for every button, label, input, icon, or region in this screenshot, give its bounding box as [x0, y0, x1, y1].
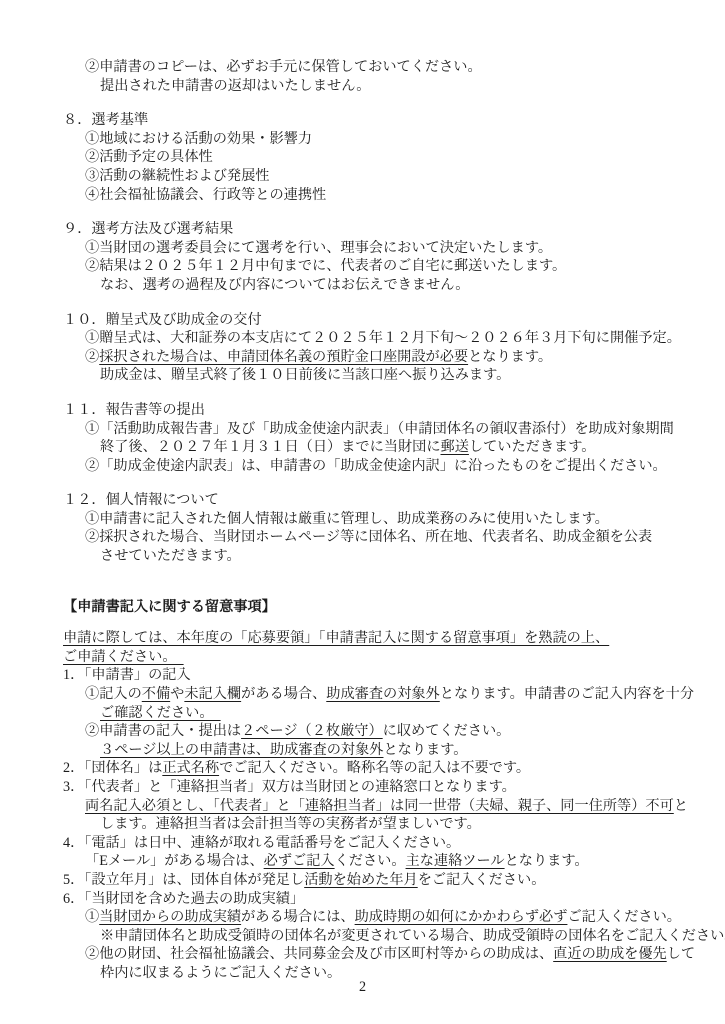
text-segment: 【申請書記入に関する留意事項】 [63, 599, 276, 615]
text-segment: ご記入ください。 [567, 909, 681, 925]
text-segment: ①当財団の選考委員会にて選考を行い、理事会において決定いたします。 [85, 240, 552, 256]
text-segment: となります。 [383, 742, 467, 758]
doc-line: ご確認ください。 [63, 704, 695, 723]
text-segment: ①記入の [85, 686, 142, 702]
text-segment: と [674, 798, 688, 814]
text-segment: ③活動の継続性および発展性 [85, 168, 269, 184]
text-segment: ①贈呈式は、大和証券の本支店にて２０２５年１２月下旬～２０２６年３月下旬に開催予… [85, 330, 681, 346]
doc-line: 1．「申請書」の記入 [63, 666, 695, 685]
underlined-text: 当財団からの助成実績 [99, 909, 241, 925]
doc-line: 申請に際しては、本年度の「応募要領」「申請書記入に関する留意事項」を熟読の上、 [63, 629, 695, 648]
doc-line: ②採択された場合、当財団ホームページ等に団体名、所在地、代表者名、助成金額を公表 [63, 528, 695, 547]
text-segment: なお、選考の過程及び内容についてはお伝えできません。 [100, 277, 469, 293]
text-segment: ②採択された場合、当財団ホームページ等に団体名、所在地、代表者名、助成金額を公表 [85, 529, 652, 545]
underlined-text: 採択された場合は、申請団体名義の預貯金口座開設が必要 [99, 349, 468, 365]
doc-line: ８．選考基準 [63, 111, 695, 130]
text-segment: します。連絡担当者は会計担当等の実務者が望ましいです。 [100, 816, 481, 832]
text-segment: ②「助成金使途内訳表」は、申請書の「助成金使途内訳」に沿ったものをご提出ください… [85, 458, 667, 474]
text-segment: となります。申請書のご記入内容を十分 [440, 686, 694, 702]
text-segment: ８．選考基準 [63, 112, 148, 128]
text-segment: 5．「設立年月」は、団体自体が発足し [63, 872, 304, 888]
document-page: ②申請書のコピーは、必ずお手元に保管しておいてください。提出された申請書の返却は… [0, 0, 725, 1024]
text-segment: ※申請団体名と助成受領時の団体名が変更されている場合、助成受領時の団体名をご記入… [100, 928, 725, 944]
doc-line: なお、選考の過程及び内容についてはお伝えできません。 [63, 276, 695, 295]
doc-line: ３ページ以上の申請書は、助成審査の対象外となります。 [63, 741, 695, 760]
doc-line: 6．「当財団を含めた過去の助成実績」 [63, 890, 695, 909]
doc-line: ①地域における活動の効果・影響力 [63, 130, 695, 149]
text-segment: 提出された申請書の返却はいたしません。 [100, 78, 370, 94]
text-segment: ① [85, 909, 99, 925]
doc-line: ①贈呈式は、大和証券の本支店にて２０２５年１２月下旬～２０２６年３月下旬に開催予… [63, 329, 695, 348]
text-segment: がある場合、 [241, 686, 326, 702]
document-body: ②申請書のコピーは、必ずお手元に保管しておいてください。提出された申請書の返却は… [63, 58, 695, 983]
text-segment: ください。 [335, 853, 406, 869]
doc-line: １２．個人情報について [63, 491, 695, 510]
doc-line: ①「活動助成報告書」及び「助成金使途内訳表」（申請団体名の領収書添付）を助成対象… [63, 420, 695, 439]
underlined-text: 助成時期の如何にかかわらず必ず [355, 909, 568, 925]
doc-line: ②申請書の記入・提出は２ページ（２枚厳守）に収めてください。 [63, 722, 695, 741]
doc-line: ②結果は２０２５年１２月中旬までに、代表者のご自宅に郵送いたします。 [63, 257, 695, 276]
doc-line: ②活動予定の具体性 [63, 148, 695, 167]
underlined-text: 未記入欄 [184, 686, 241, 702]
underlined-text: 主な連絡ツール [406, 853, 505, 869]
text-segment: 助成金は、贈呈式終了後１０日前後に当該口座へ振り込みます。 [100, 367, 510, 383]
text-segment: となります。 [468, 349, 552, 365]
text-segment: １０．贈呈式及び助成金の交付 [63, 312, 262, 328]
text-segment: ②申請書のコピーは、必ずお手元に保管しておいてください。 [85, 59, 482, 75]
underlined-text: 活動を始めた年月 [304, 872, 418, 888]
doc-line: ②他の財団、社会福祉協議会、共同募金会及び市区町村等からの助成は、直近の助成を優… [63, 945, 695, 964]
doc-line: ③活動の継続性および発展性 [63, 167, 695, 186]
text-segment: ①申請書に記入された個人情報は厳重に管理し、助成業務のみに使用いたします。 [85, 511, 609, 527]
underlined-text: 必ずご記入 [264, 853, 335, 869]
doc-line: 3．「代表者」と「連絡担当者」双方は当財団との連絡窓口となります。 [63, 778, 695, 797]
text-segment: 「Eメール」がある場合は、 [85, 853, 264, 869]
text-segment: して [667, 946, 695, 962]
doc-line: ①申請書に記入された個人情報は厳重に管理し、助成業務のみに使用いたします。 [63, 510, 695, 529]
doc-line: させていただきます。 [63, 547, 695, 566]
underlined-text: 不備 [142, 686, 170, 702]
text-segment: ②他の財団、社会福祉協議会、共同募金会及び市区町村等からの助成は、 [85, 946, 553, 962]
doc-line: 5．「設立年月」は、団体自体が発足し活動を始めた年月をご記入ください。 [63, 871, 695, 890]
doc-line: １０．贈呈式及び助成金の交付 [63, 311, 695, 330]
doc-line: ②「助成金使途内訳表」は、申請書の「助成金使途内訳」に沿ったものをご提出ください… [63, 457, 695, 476]
underlined-text: 両名記入必須とし、「代表者」と「連絡担当者」は同一世帯（夫婦、親子、同一住所等）… [85, 798, 674, 814]
text-segment: 終了後、２０２７年１月３１日（日）までに当財団に [100, 439, 441, 455]
underlined-text: 助成審査の対象外 [326, 686, 440, 702]
text-segment: をご記入ください。 [418, 872, 546, 888]
doc-line: ①当財団の選考委員会にて選考を行い、理事会において決定いたします。 [63, 239, 695, 258]
doc-line: ９．選考方法及び選考結果 [63, 220, 695, 239]
section-heading: 【申請書記入に関する留意事項】 [63, 598, 695, 617]
doc-line: 終了後、２０２７年１月３１日（日）までに当財団に郵送していただきます。 [63, 438, 695, 457]
text-segment: ④社会福祉協議会、行政等との連携性 [85, 187, 326, 203]
text-segment: や [170, 686, 184, 702]
text-segment: となります。 [505, 853, 589, 869]
text-segment: ①「活動助成報告書」及び「助成金使途内訳表」（申請団体名の領収書添付）を助成対象… [85, 421, 674, 437]
text-segment: 6．「当財団を含めた過去の助成実績」 [63, 891, 304, 907]
text-segment: でご記入ください。略称名等の記入は不要です。 [219, 760, 530, 776]
text-segment: ② [85, 349, 99, 365]
doc-line: 助成金は、贈呈式終了後１０日前後に当該口座へ振り込みます。 [63, 366, 695, 385]
text-segment: ②結果は２０２５年１２月中旬までに、代表者のご自宅に郵送いたします。 [85, 258, 566, 274]
text-segment: がある場合には、 [241, 909, 355, 925]
text-segment: １２．個人情報について [63, 492, 219, 508]
text-segment: に収めてください。 [383, 723, 511, 739]
text-segment: ②活動予定の具体性 [85, 149, 213, 165]
text-segment: 4．「電話」は日中、連絡が取れる電話番号をご記入ください。 [63, 835, 460, 851]
doc-line: 2．「団体名」は正式名称でご記入ください。略称名等の記入は不要です。 [63, 759, 695, 778]
doc-line: ご申請ください。 [63, 648, 695, 667]
text-segment: ９．選考方法及び選考結果 [63, 221, 233, 237]
text-segment: していただきます。 [469, 439, 596, 455]
text-segment: ②申請書の記入・提出は [85, 723, 241, 739]
text-segment: 2．「団体名」は [63, 760, 162, 776]
doc-line: ①当財団からの助成実績がある場合には、助成時期の如何にかかわらず必ずご記入くださ… [63, 908, 695, 927]
text-segment: １１．報告書等の提出 [63, 402, 205, 418]
text-segment: させていただきます。 [100, 548, 241, 564]
doc-line: します。連絡担当者は会計担当等の実務者が望ましいです。 [63, 815, 695, 834]
doc-line: ②採択された場合は、申請団体名義の預貯金口座開設が必要となります。 [63, 348, 695, 367]
underlined-text: ご申請ください。 [63, 649, 184, 665]
doc-line: ④社会福祉協議会、行政等との連携性 [63, 186, 695, 205]
underlined-text: 申請に際しては、本年度の「応募要領」「申請書記入に関する留意事項」を熟読の上、 [63, 630, 609, 646]
underlined-text: 正式名称 [162, 760, 219, 776]
underlined-text: 郵送 [441, 439, 469, 455]
page-number: 2 [0, 978, 725, 997]
text-segment: 1．「申請書」の記入 [63, 667, 191, 683]
doc-line: 「Eメール」がある場合は、必ずご記入ください。主な連絡ツールとなります。 [63, 852, 695, 871]
text-segment: 3．「代表者」と「連絡担当者」双方は当財団との連絡窓口となります。 [63, 779, 516, 795]
underlined-text: ２ページ（２枚厳守） [241, 723, 383, 739]
doc-line: 両名記入必須とし、「代表者」と「連絡担当者」は同一世帯（夫婦、親子、同一住所等）… [63, 797, 695, 816]
doc-line: ②申請書のコピーは、必ずお手元に保管しておいてください。 [63, 58, 695, 77]
doc-line: １１．報告書等の提出 [63, 401, 695, 420]
doc-line: ①記入の不備や未記入欄がある場合、助成審査の対象外となります。申請書のご記入内容… [63, 685, 695, 704]
doc-line: ※申請団体名と助成受領時の団体名が変更されている場合、助成受領時の団体名をご記入… [63, 927, 695, 946]
doc-line: 4．「電話」は日中、連絡が取れる電話番号をご記入ください。 [63, 834, 695, 853]
underlined-text: 直近の助成を優先 [553, 946, 667, 962]
text-segment: ①地域における活動の効果・影響力 [85, 131, 312, 147]
underlined-text: ３ページ以上の申請書は、助成審査の対象外 [100, 742, 383, 758]
doc-line: 提出された申請書の返却はいたしません。 [63, 77, 695, 96]
underlined-text: ご確認ください。 [100, 705, 221, 721]
